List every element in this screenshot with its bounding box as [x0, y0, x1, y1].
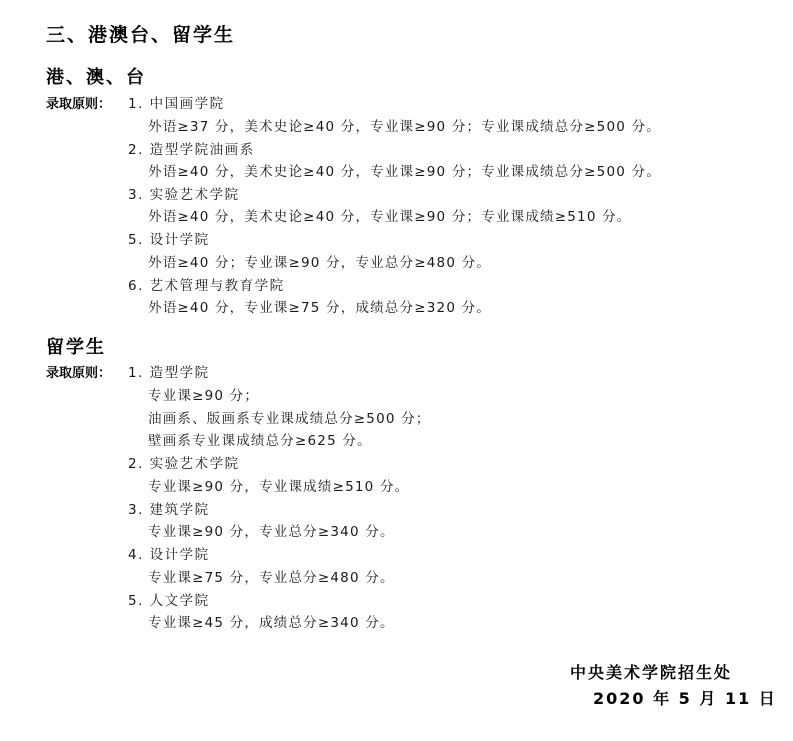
list-item-detail: 外语≥40 分，美术史论≥40 分，专业课≥90 分；专业课成绩≥510 分。 — [148, 205, 632, 225]
list-item-label: 5. 设计学院 — [128, 228, 210, 248]
list-item-detail: 外语≥37 分，美术史论≥40 分，专业课≥90 分；专业课成绩总分≥500 分… — [148, 115, 661, 135]
list-item-detail: 专业课≥90 分，专业课成绩≥510 分。 — [148, 475, 409, 495]
list-item-label: 2. 造型学院油画系 — [128, 138, 255, 158]
section-title: 三、港澳台、留学生 — [46, 20, 235, 47]
list-item-detail: 专业课≥45 分，成绩总分≥340 分。 — [148, 611, 395, 631]
list-item-detail: 外语≥40 分，专业课≥75 分，成绩总分≥320 分。 — [148, 296, 491, 316]
list-item-label: 5. 人文学院 — [128, 589, 210, 609]
section-heading-intl: 留学生 — [46, 333, 106, 359]
list-item-label: 3. 实验艺术学院 — [128, 183, 240, 203]
list-item-detail: 外语≥40 分，美术史论≥40 分，专业课≥90 分；专业课成绩总分≥500 分… — [148, 160, 661, 180]
signature-date: 2020 年 5 月 11 日 — [593, 686, 777, 709]
signature-org: 中央美术学院招生处 — [570, 660, 732, 683]
admission-principle-label: 录取原则： — [46, 93, 111, 112]
list-item-detail: 专业课≥90 分； — [148, 384, 259, 404]
list-item-detail: 外语≥40 分；专业课≥90 分，专业总分≥480 分。 — [148, 251, 491, 271]
list-item-label: 1. 造型学院 — [128, 361, 210, 381]
list-item-detail: 专业课≥90 分，专业总分≥340 分。 — [148, 520, 395, 540]
list-item-label: 3. 建筑学院 — [128, 498, 210, 518]
list-item-label: 6. 艺术管理与教育学院 — [128, 274, 285, 294]
list-item-detail: 油画系、版画系专业课成绩总分≥500 分； — [148, 407, 431, 427]
section-heading-hmt: 港、澳、台 — [46, 63, 146, 89]
list-item-detail: 壁画系专业课成绩总分≥625 分。 — [148, 429, 372, 449]
list-item-label: 1. 中国画学院 — [128, 92, 225, 112]
list-item-detail: 专业课≥75 分，专业总分≥480 分。 — [148, 566, 395, 586]
list-item-label: 2. 实验艺术学院 — [128, 452, 240, 472]
admission-principle-label: 录取原则： — [46, 362, 111, 381]
list-item-label: 4. 设计学院 — [128, 543, 210, 563]
